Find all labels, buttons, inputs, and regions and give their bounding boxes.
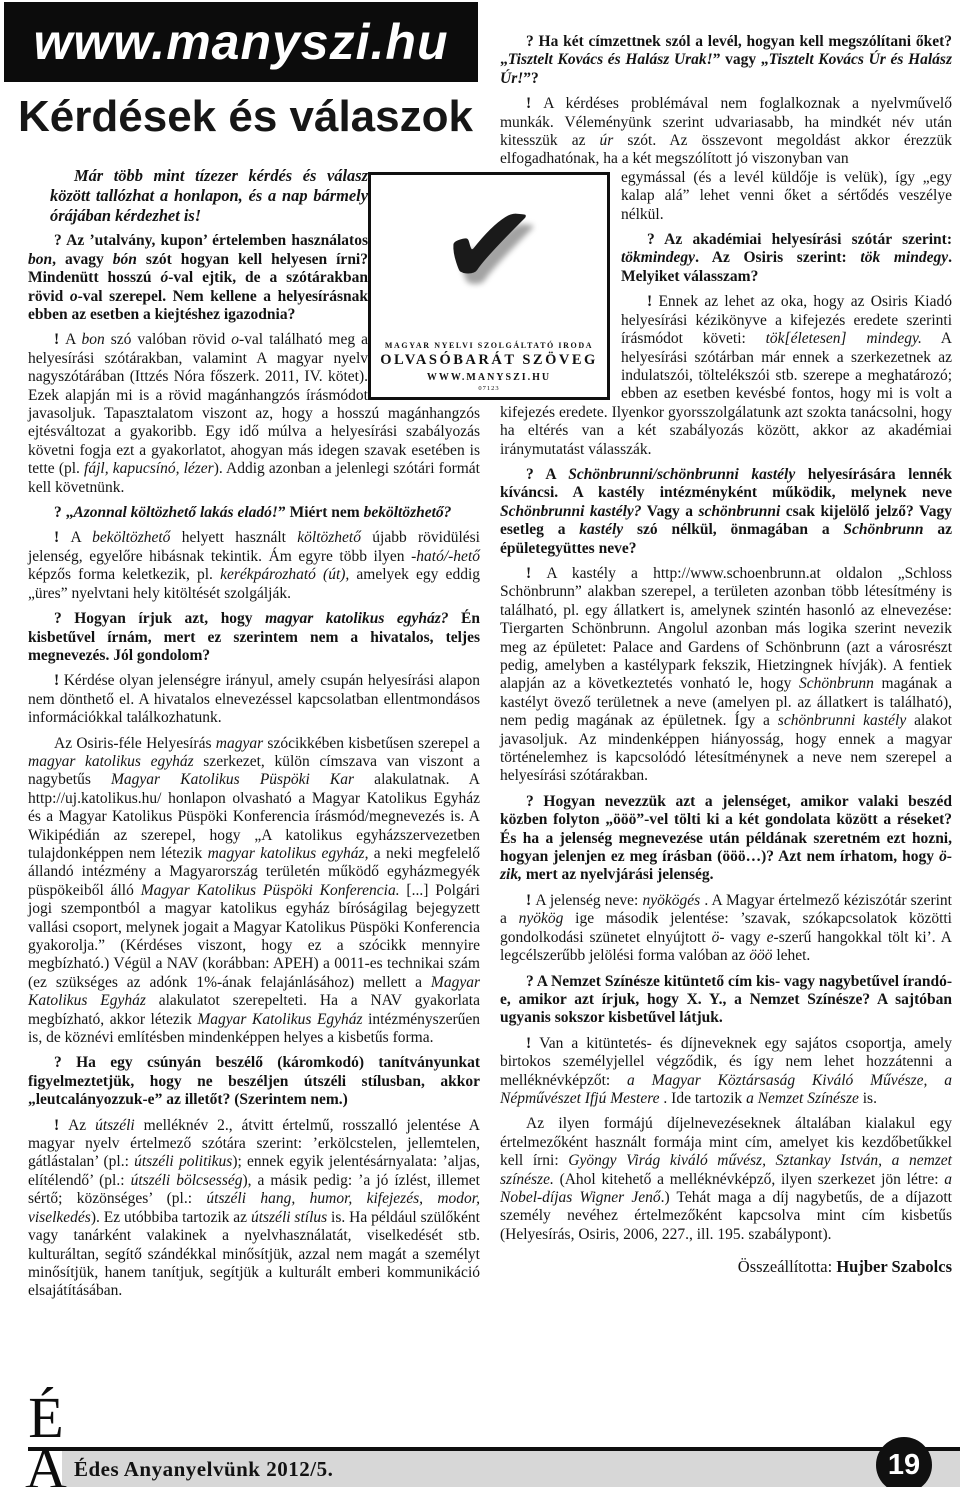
answer-paragraph: ! Van a kitüntetés- és díjneveknek egy s… [500, 1035, 952, 1109]
page-title: Kérdések és válaszok [18, 92, 473, 142]
question-paragraph: ? Ha két címzettnek szól a levél, hogyan… [500, 33, 952, 88]
site-banner: www.manyszi.hu [4, 2, 478, 82]
credit-line: Összeállította: Hujber Szabolcs [500, 1258, 952, 1276]
right-column-before-box: ? Ha két címzettnek szól a levél, hogyan… [500, 33, 952, 169]
badge-slogan-line: OLVASÓBARÁT SZÖVEG [371, 352, 607, 369]
question-paragraph: ? Hogyan nevezzük azt a jelenséget, amik… [500, 793, 952, 885]
edes-anyanyelvunk-logo: É A [22, 1389, 70, 1487]
question-paragraph: ? Hogyan írjuk azt, hogy magyar katoliku… [28, 610, 480, 665]
website-url: www.manyszi.hu [33, 13, 448, 71]
question-paragraph: ? A Nemzet Színésze kitüntető cím kis- v… [500, 973, 952, 1028]
answer-paragraph: ! A kastély a http://www.schoenbrunn.at … [500, 565, 952, 786]
answer-paragraph: ! A beköltözhető helyett használt költöz… [28, 529, 480, 603]
question-paragraph: ? „Azonnal költözhető lakás eladó!” Miér… [28, 504, 480, 522]
page-number-badge: 19 [876, 1437, 932, 1487]
answer-paragraph: ! Az útszéli melléknév 2., átvitt értelm… [28, 1117, 480, 1301]
answer-paragraph: ! Kérdése olyan jelenségre irányul, amel… [28, 672, 480, 727]
logo-letter-a: A [22, 1447, 70, 1487]
question-paragraph: ? Ha egy csúnyán beszélő (káromkodó) tan… [28, 1054, 480, 1109]
page-number: 19 [888, 1449, 920, 1482]
badge-text: MAGYAR NYELVI SZOLGÁLTATÓ IRODA OLVASÓBA… [371, 341, 607, 392]
reader-friendly-badge: ✔ MAGYAR NYELVI SZOLGÁLTATÓ IRODA OLVASÓ… [368, 172, 610, 400]
checkmark-icon: ✔ [436, 182, 541, 310]
badge-code-line: 07123 [371, 385, 607, 392]
footer-bar: Édes Anyanyelvünk 2012/5. [62, 1451, 960, 1487]
body-paragraph: Az Osiris-féle Helyesírás magyar szócikk… [28, 735, 480, 1048]
journal-title: Édes Anyanyelvünk 2012/5. [62, 1451, 960, 1487]
badge-url-line: WWW.MANYSZI.HU [371, 372, 607, 383]
question-paragraph: ? A Schönbrunni/schönbrunni kastély hely… [500, 466, 952, 558]
body-paragraph: Az ilyen formájú díjelnevezéseknek által… [500, 1115, 952, 1244]
answer-paragraph: ! A jelenség neve: nyökögés . A Magyar é… [500, 892, 952, 966]
badge-org-line: MAGYAR NYELVI SZOLGÁLTATÓ IRODA [371, 341, 607, 350]
magazine-page: www.manyszi.hu Kérdések és válaszok Már … [0, 0, 960, 1487]
answer-paragraph: ! A kérdéses problémával nem foglalkozna… [500, 95, 952, 169]
